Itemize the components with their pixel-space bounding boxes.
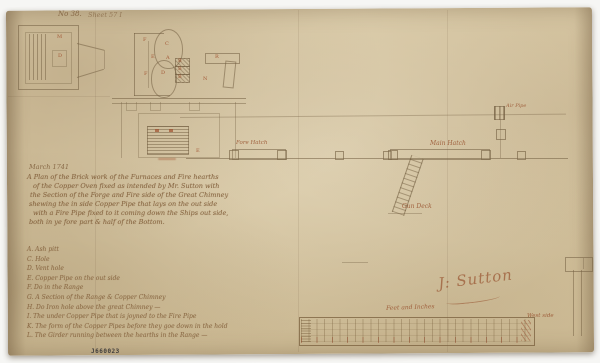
plan-content: No 38. Sheet 57 I M D F [0, 0, 600, 363]
plan-letter: E [151, 55, 155, 60]
title-line: shewing the in side Copper Pipe that lay… [29, 200, 237, 209]
scale-label: Feet and Inches [386, 303, 435, 312]
plan-letter: F [144, 72, 147, 77]
title-line: the Section of the Forge and Fire side o… [30, 191, 237, 200]
sheet-number: No 38. [58, 10, 82, 18]
plan-letter: D [161, 71, 165, 76]
paper-crease [298, 10, 299, 352]
air-pipe-label: Air Pipe [506, 103, 526, 109]
plan-letter: B [178, 67, 182, 72]
hanger [189, 102, 200, 111]
scale-end-numbers [521, 320, 531, 341]
title-line: A Plan of the Brick work of the Furnaces… [27, 173, 237, 182]
museum-stamp: J660023 [91, 348, 120, 355]
plan-letter: B [178, 75, 182, 80]
red-mark [169, 129, 173, 132]
legend-item: E. Copper Pipe on the out side [27, 274, 247, 284]
scale-ticks [301, 337, 523, 343]
grate-hatching [29, 34, 46, 80]
legend-item: D. Vent hole [27, 264, 247, 274]
title-line: with a Fire Pipe fixed to it coming down… [33, 209, 237, 218]
plan-title-paragraph: A Plan of the Brick work of the Furnaces… [27, 173, 237, 227]
main-hatch-opening [390, 149, 490, 160]
sheet-reference: Sheet 57 I [88, 11, 122, 19]
copper-oval-lower [151, 60, 177, 98]
scanned-plan-page: No 38. Sheet 57 I M D F [0, 0, 600, 363]
deck-scuttle [517, 151, 526, 160]
legend-item: A. Ash pitt [27, 245, 247, 255]
signature-flourish [446, 293, 500, 306]
reference-dash [342, 262, 368, 263]
hanger [150, 102, 161, 111]
gun-deck-label: Gun Deck [402, 203, 432, 210]
paper-crease [8, 96, 110, 97]
plan-letter: M [57, 35, 62, 40]
plan-letter: D [58, 54, 62, 59]
pipe-elbow-vertical [223, 60, 237, 88]
legend-item: I. The under Copper Pipe that is joyned … [27, 312, 247, 322]
hanger [126, 102, 137, 111]
legend-item: G. A Section of the Range & Copper Chimn… [27, 293, 247, 303]
plan-letter: C [165, 42, 169, 47]
plan-letter: B [178, 59, 182, 64]
plan-date: March 1741 [29, 163, 69, 171]
title-line: both in ye fore part & half of the Botto… [29, 218, 237, 227]
plan-letter: R [215, 55, 219, 60]
plan-letter: N [203, 77, 207, 82]
plan-letter: E [196, 149, 200, 154]
signature: J: Sutton [437, 266, 514, 293]
plan-letter: A [166, 56, 170, 61]
pipe-stem [573, 270, 582, 336]
small-red-caption [158, 158, 176, 160]
plan-letter: F [143, 38, 146, 43]
legend-item: F. Do in the Range [27, 283, 247, 293]
legend-item: L. The Girder running between the hearth… [27, 331, 247, 341]
legend-item: C. Hole [27, 255, 247, 265]
main-hatch-label: Main Hatch [430, 140, 466, 147]
deck-scuttle [335, 151, 344, 160]
legend-key-list: A. Ash pitt C. Hole D. Vent hole E. Copp… [27, 245, 247, 341]
red-mark [155, 129, 159, 132]
firehearth-detail [147, 126, 189, 155]
title-line: of the Copper Oven fixed as intended by … [33, 182, 237, 191]
legend-item: H. Do Iron hole above the great Chimney … [27, 303, 247, 313]
legend-item: K. The form of the Copper Pipes before t… [27, 322, 247, 332]
upper-deck-line [180, 114, 566, 118]
fore-hatch-label: Fore Hatch [236, 140, 267, 146]
